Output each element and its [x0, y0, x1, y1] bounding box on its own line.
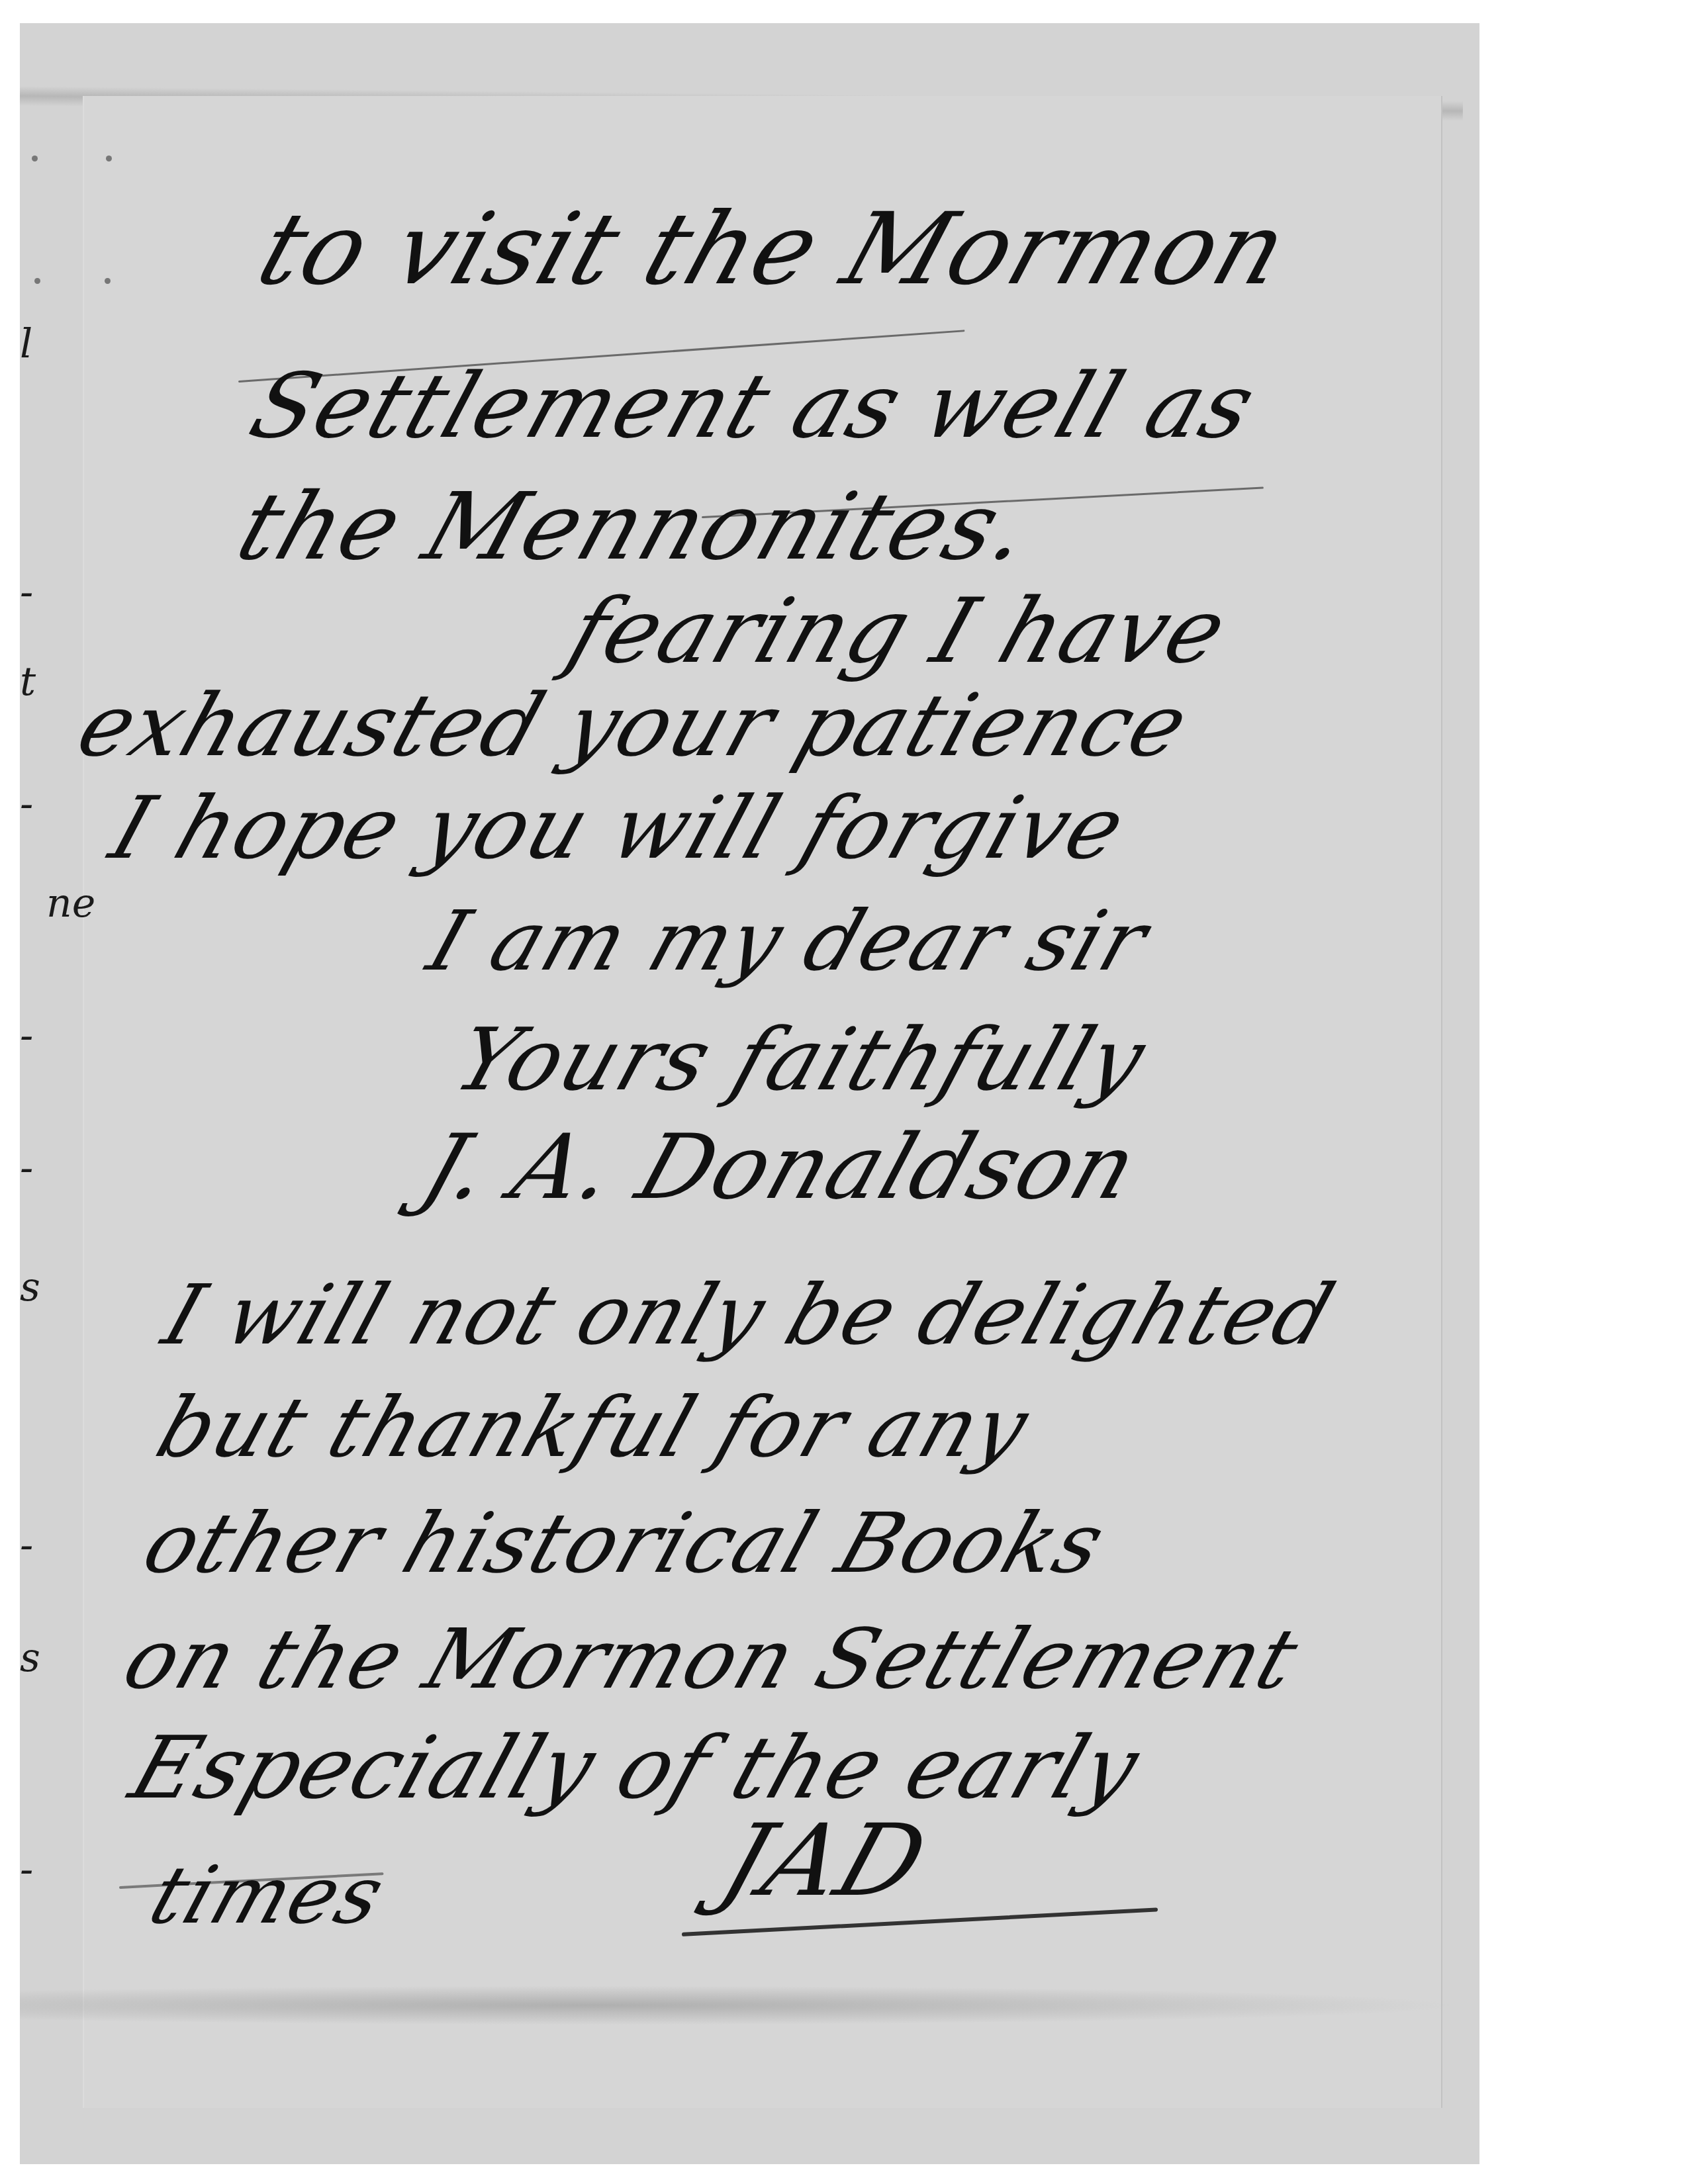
postscript-line-4: on the Mormon Settlement [113, 1612, 1310, 1707]
postscript-line-6: times [139, 1850, 396, 1942]
margin-fragment: t [20, 662, 36, 702]
scanned-page: l - t - ne - - s - s - to visit the Morm… [20, 23, 1479, 2164]
postscript-line-3: other historical Books [132, 1496, 1117, 1592]
margin-fragment: - [20, 572, 33, 612]
margin-fragment: ne [46, 884, 95, 923]
postscript-line-1: I will not only be delighted [152, 1267, 1346, 1363]
margin-fragment: - [20, 1148, 33, 1188]
closing-line: I am my dear sir [417, 893, 1160, 989]
margin-fragment: s [20, 1267, 40, 1307]
margin-dot [32, 156, 38, 161]
letter-line-4: fearing I have [556, 579, 1240, 683]
margin-fragment: s [20, 1638, 40, 1678]
margin-fragment: l [20, 324, 32, 364]
bottom-fold-shadow [20, 1985, 1463, 2025]
letter-line-5: exhausted your patience [66, 675, 1201, 776]
margin-dot [106, 156, 112, 161]
facing-page-edge: l - t - ne - - s - s - [20, 23, 93, 2141]
margin-dot [34, 278, 40, 284]
letter-line-1: to visit the Mormon [245, 192, 1302, 307]
margin-fragment: - [20, 1850, 33, 1889]
closing-salutation: Yours faithfully [444, 1009, 1158, 1110]
margin-fragment: - [20, 1016, 33, 1056]
letter-line-3: the Mennonites. [225, 473, 1045, 581]
postscript-line-5: Especially of the early [119, 1717, 1152, 1818]
margin-fragment: - [20, 1525, 33, 1565]
margin-fragment: - [20, 784, 33, 824]
signature: J. A. Donaldson [410, 1115, 1150, 1219]
letter-line-6: I hope you will forgive [99, 778, 1138, 878]
postscript-line-2: but thankful for any [146, 1380, 1041, 1476]
margin-dot [105, 278, 111, 284]
initials: JAD [708, 1803, 941, 1919]
letter-line-2: Settlement as well as [238, 354, 1268, 458]
